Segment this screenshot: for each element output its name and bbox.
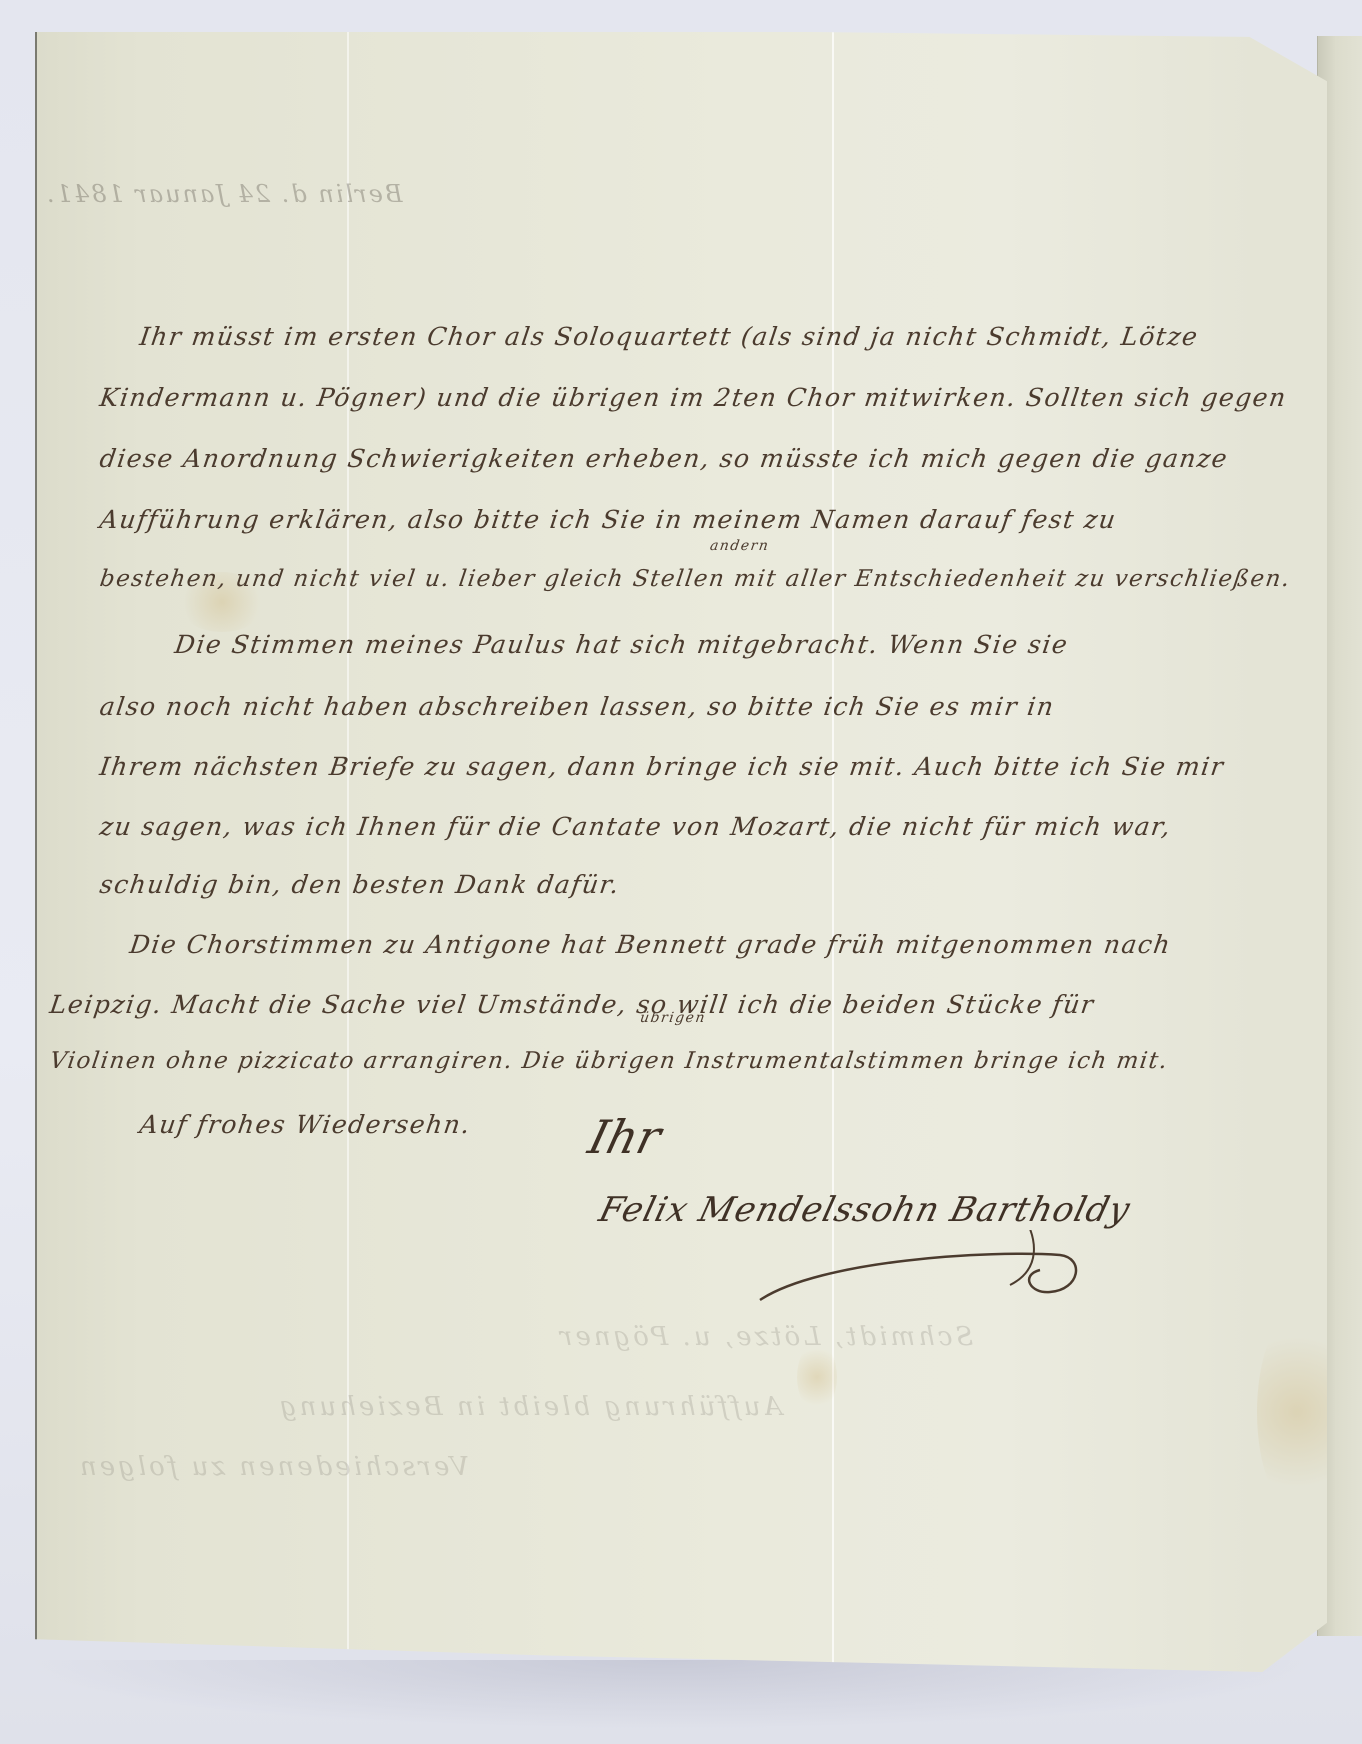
page-shadow bbox=[20, 1660, 1320, 1730]
paper-stain bbox=[1257, 1312, 1337, 1512]
letter-line: Ihrem nächsten Briefe zu sagen, dann bri… bbox=[98, 752, 1226, 781]
paper-stain bbox=[797, 1342, 837, 1412]
letter-page: Schmidt, Lötze, u. Pögner Aufführung ble… bbox=[35, 32, 1327, 1672]
signature-flourish bbox=[740, 1230, 1100, 1320]
letter-line: Kindermann u. Pögner) und die übrigen im… bbox=[98, 383, 1289, 412]
dateline: Berlin d. 24 Januar 1841. bbox=[45, 180, 403, 208]
paper-fold-line bbox=[832, 32, 834, 1672]
paper-fold-line bbox=[347, 32, 349, 1672]
letter-line: bestehen, und nicht viel u. lieber gleic… bbox=[98, 566, 1292, 592]
letter-line: Leipzig. Macht die Sache viel Umstände, … bbox=[48, 990, 1097, 1019]
letter-line: Ihr müsst im ersten Chor als Soloquartet… bbox=[138, 322, 1201, 351]
bleed-through-text: Aufführung bleibt in Beziehung bbox=[277, 1392, 782, 1422]
letter-line: zu sagen, was ich Ihnen für die Cantate … bbox=[98, 812, 1173, 841]
letter-line: Aufführung erklären, also bitte ich Sie … bbox=[98, 505, 1119, 534]
letter-line: Auf frohes Wiedersehn. bbox=[138, 1110, 473, 1139]
closing-word: Ihr bbox=[583, 1110, 666, 1164]
letter-line: Die Stimmen meines Paulus hat sich mitge… bbox=[173, 630, 1070, 659]
letter-line: diese Anordnung Schwierigkeiten erheben,… bbox=[98, 444, 1230, 473]
letter-line: Die Chorstimmen zu Antigone hat Bennett … bbox=[128, 930, 1173, 959]
bleed-through-text: Schmidt, Lötze, u. Pögner bbox=[557, 1322, 973, 1352]
letter-line: schuldig bin, den besten Dank dafür. bbox=[98, 870, 622, 899]
letter-line: Violinen ohne pizzicato arrangiren. Die … bbox=[48, 1048, 1170, 1074]
interlinear-insertion: andern bbox=[709, 538, 771, 554]
interlinear-insertion: übrigen bbox=[639, 1010, 707, 1026]
signature: Felix Mendelssohn Bartholdy bbox=[595, 1190, 1135, 1230]
letter-line: also noch nicht haben abschreiben lassen… bbox=[98, 692, 1057, 721]
bleed-through-text: Verschiedenen zu folgen bbox=[77, 1452, 469, 1482]
